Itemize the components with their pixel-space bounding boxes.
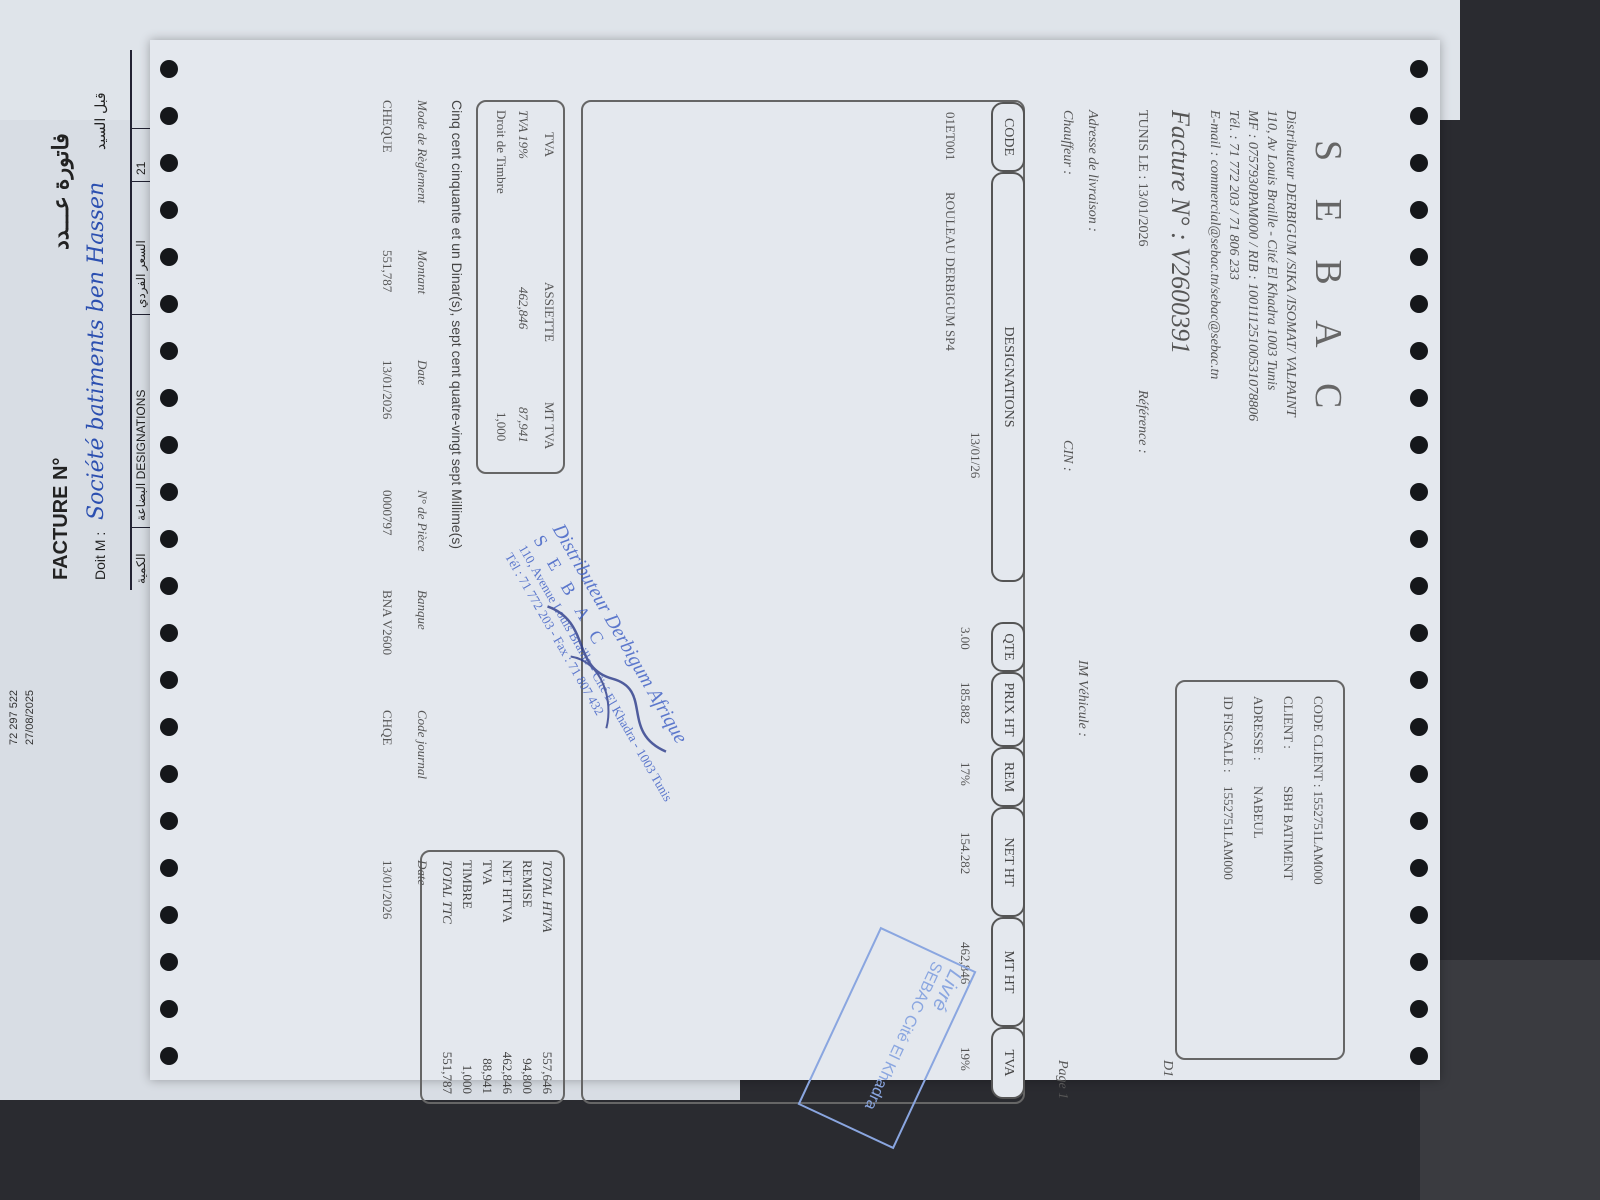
- col-prix-ht: PRIX HT: [991, 672, 1025, 747]
- client-label: CLIENT :: [1273, 696, 1303, 786]
- row-tva: 19%: [957, 1047, 973, 1071]
- company-logo: S E B A C: [1306, 140, 1350, 422]
- tva-row-label: TVA 19%: [515, 110, 531, 159]
- row-prix-ht: 185.882: [957, 682, 973, 724]
- col-mt-ht: MT HT: [991, 917, 1025, 1027]
- assiette-header: ASSIETTE: [541, 282, 557, 342]
- payment-value: CHQE: [379, 710, 395, 860]
- form-doit-label: Doit M :: [92, 532, 108, 580]
- payment-value: 551,787: [379, 250, 395, 360]
- total-row: NET HTVA462,846: [497, 852, 517, 1102]
- stub-date: 27/08/2025: [24, 690, 36, 745]
- company-line: E-mail : commercial@sebac.tn/sebac@sebac…: [1205, 110, 1224, 421]
- total-value: 94,800: [517, 1058, 537, 1094]
- total-label: REMISE: [517, 860, 537, 908]
- total-label: NET HTVA: [497, 860, 517, 923]
- total-label: TOTAL TTC: [437, 860, 457, 924]
- total-value: 1,000: [457, 1065, 477, 1094]
- total-row: TVA88,941: [477, 852, 497, 1102]
- delivery-address-label: Adresse de livraison :: [1084, 110, 1100, 232]
- client-code-label: CODE CLIENT :: [1303, 696, 1333, 787]
- row-qte: 3.00: [957, 627, 973, 650]
- total-row: TIMBRE1,000: [457, 852, 477, 1102]
- client-code: 1552751LAM000: [1303, 791, 1333, 885]
- payment-header: Date: [414, 860, 430, 980]
- row-designation: ROULEAU DERBIGUM SP4: [942, 192, 958, 351]
- company-line: 110, Av Louis Braille - Cité El Khadra 1…: [1262, 110, 1281, 421]
- timbre-value: 1,000: [493, 412, 509, 441]
- total-label: TOTAL HTVA: [537, 860, 557, 932]
- client-address: NABEUL: [1243, 786, 1273, 839]
- payment-value: 13/01/2026: [379, 360, 395, 490]
- total-value: 462,846: [497, 1052, 517, 1094]
- company-line: Tél. : 71 772 203 / 71 806 233: [1224, 110, 1243, 421]
- items-date: 13/01/26: [967, 432, 983, 478]
- driver-label: Chauffeur :: [1059, 110, 1075, 175]
- vehicle-label: IM Véhicule :: [1074, 660, 1090, 737]
- payment-headers: Mode de RèglementMontantDateN° de PièceB…: [414, 100, 430, 980]
- col-designations: DESIGNATIONS: [991, 172, 1025, 582]
- col-rem: REM: [991, 747, 1025, 807]
- handwritten-client-name: Société batiments ben Hassen: [84, 182, 109, 520]
- payment-value: 0000797: [379, 490, 395, 590]
- tva-summary: TVA ASSIETTE MT TVA TVA 19% 462,846 87,9…: [476, 100, 565, 474]
- company-line: MF : 0757930PAM000 / RIB : 1001112510053…: [1243, 110, 1262, 421]
- tva-row-mt: 87,941: [515, 407, 531, 443]
- total-value: 557,646: [537, 1052, 557, 1094]
- invoice-number: Facture N° : V2600391: [1165, 110, 1195, 354]
- payment-header: N° de Pièce: [414, 490, 430, 590]
- client-box: CODE CLIENT : 1552751LAM000 CLIENT :SBH …: [1175, 680, 1345, 1060]
- row-rem: 17%: [957, 762, 973, 786]
- totals-box: TOTAL HTVA557,646REMISE94,800NET HTVA462…: [420, 850, 565, 1104]
- row-code: 01ET001: [942, 112, 958, 160]
- company-line: Distributeur DERBIGUM /SIKA /ISOMAT/ VAL…: [1281, 110, 1300, 421]
- payment-header: Date: [414, 360, 430, 490]
- cin-label: CIN :: [1059, 440, 1075, 472]
- col-net-ht: NET HT: [991, 807, 1025, 917]
- payment-header: Mode de Règlement: [414, 100, 430, 250]
- tva-row-assiette: 462,846: [515, 287, 531, 329]
- total-value: 88,941: [477, 1058, 497, 1094]
- payment-header: Montant: [414, 250, 430, 360]
- address-label: ADRESSE :: [1243, 696, 1273, 786]
- mt-tva-header: MT TVA: [541, 402, 557, 449]
- total-row: REMISE94,800: [517, 852, 537, 1102]
- invoice-date: TUNIS LE : 13/01/2026: [1134, 110, 1150, 247]
- company-info: Distributeur DERBIGUM /SIKA /ISOMAT/ VAL…: [1205, 110, 1300, 421]
- reference-label: Référence :: [1134, 390, 1150, 454]
- payment-header: Code journal: [414, 710, 430, 860]
- timbre-label: Droit de Timbre: [493, 110, 509, 194]
- payment-value: BNA V2600: [379, 590, 395, 710]
- total-value: 551,787: [437, 1052, 457, 1094]
- items-table: CODE DESIGNATIONS QTE PRIX HT REM NET HT…: [581, 100, 1025, 1104]
- form-title-ar: فاتورة عـــدد: [48, 133, 74, 250]
- form-ar-label: قبل السيد: [92, 92, 109, 150]
- client-name: SBH BATIMENT: [1273, 786, 1303, 880]
- payment-header: Banque: [414, 590, 430, 710]
- payment-values: CHEQUE551,78713/01/20260000797BNA V2600C…: [379, 100, 395, 980]
- fiscal-id: 1552751LAM000: [1213, 786, 1243, 880]
- page-label: Page 1: [1054, 1060, 1070, 1099]
- total-label: TVA: [477, 860, 497, 885]
- total-label: TIMBRE: [457, 860, 477, 909]
- total-row: TOTAL HTVA557,646: [537, 852, 557, 1102]
- d1-label: D1: [1159, 1060, 1175, 1077]
- col-code: CODE: [991, 102, 1025, 172]
- payment-value: CHEQUE: [379, 100, 395, 250]
- col-qte: QTE: [991, 622, 1025, 672]
- form-title-fr: FACTURE N°: [50, 458, 73, 580]
- invoice-content: S E B A C Distributeur DERBIGUM /SIKA /I…: [180, 60, 1420, 1120]
- col-tva: TVA: [991, 1027, 1025, 1099]
- tva-header: TVA: [541, 132, 557, 157]
- total-row: TOTAL TTC551,787: [437, 852, 457, 1102]
- payment-value: 13/01/2026: [379, 860, 395, 980]
- row-net-ht: 154.282: [957, 832, 973, 874]
- desk-surface: [1420, 960, 1600, 1200]
- stub-phone: 72 297 522: [8, 690, 20, 745]
- amount-in-words: Cinq cent cinquante et un Dinar(s), sept…: [449, 100, 465, 549]
- fiscal-id-label: ID FISCALE :: [1213, 696, 1243, 786]
